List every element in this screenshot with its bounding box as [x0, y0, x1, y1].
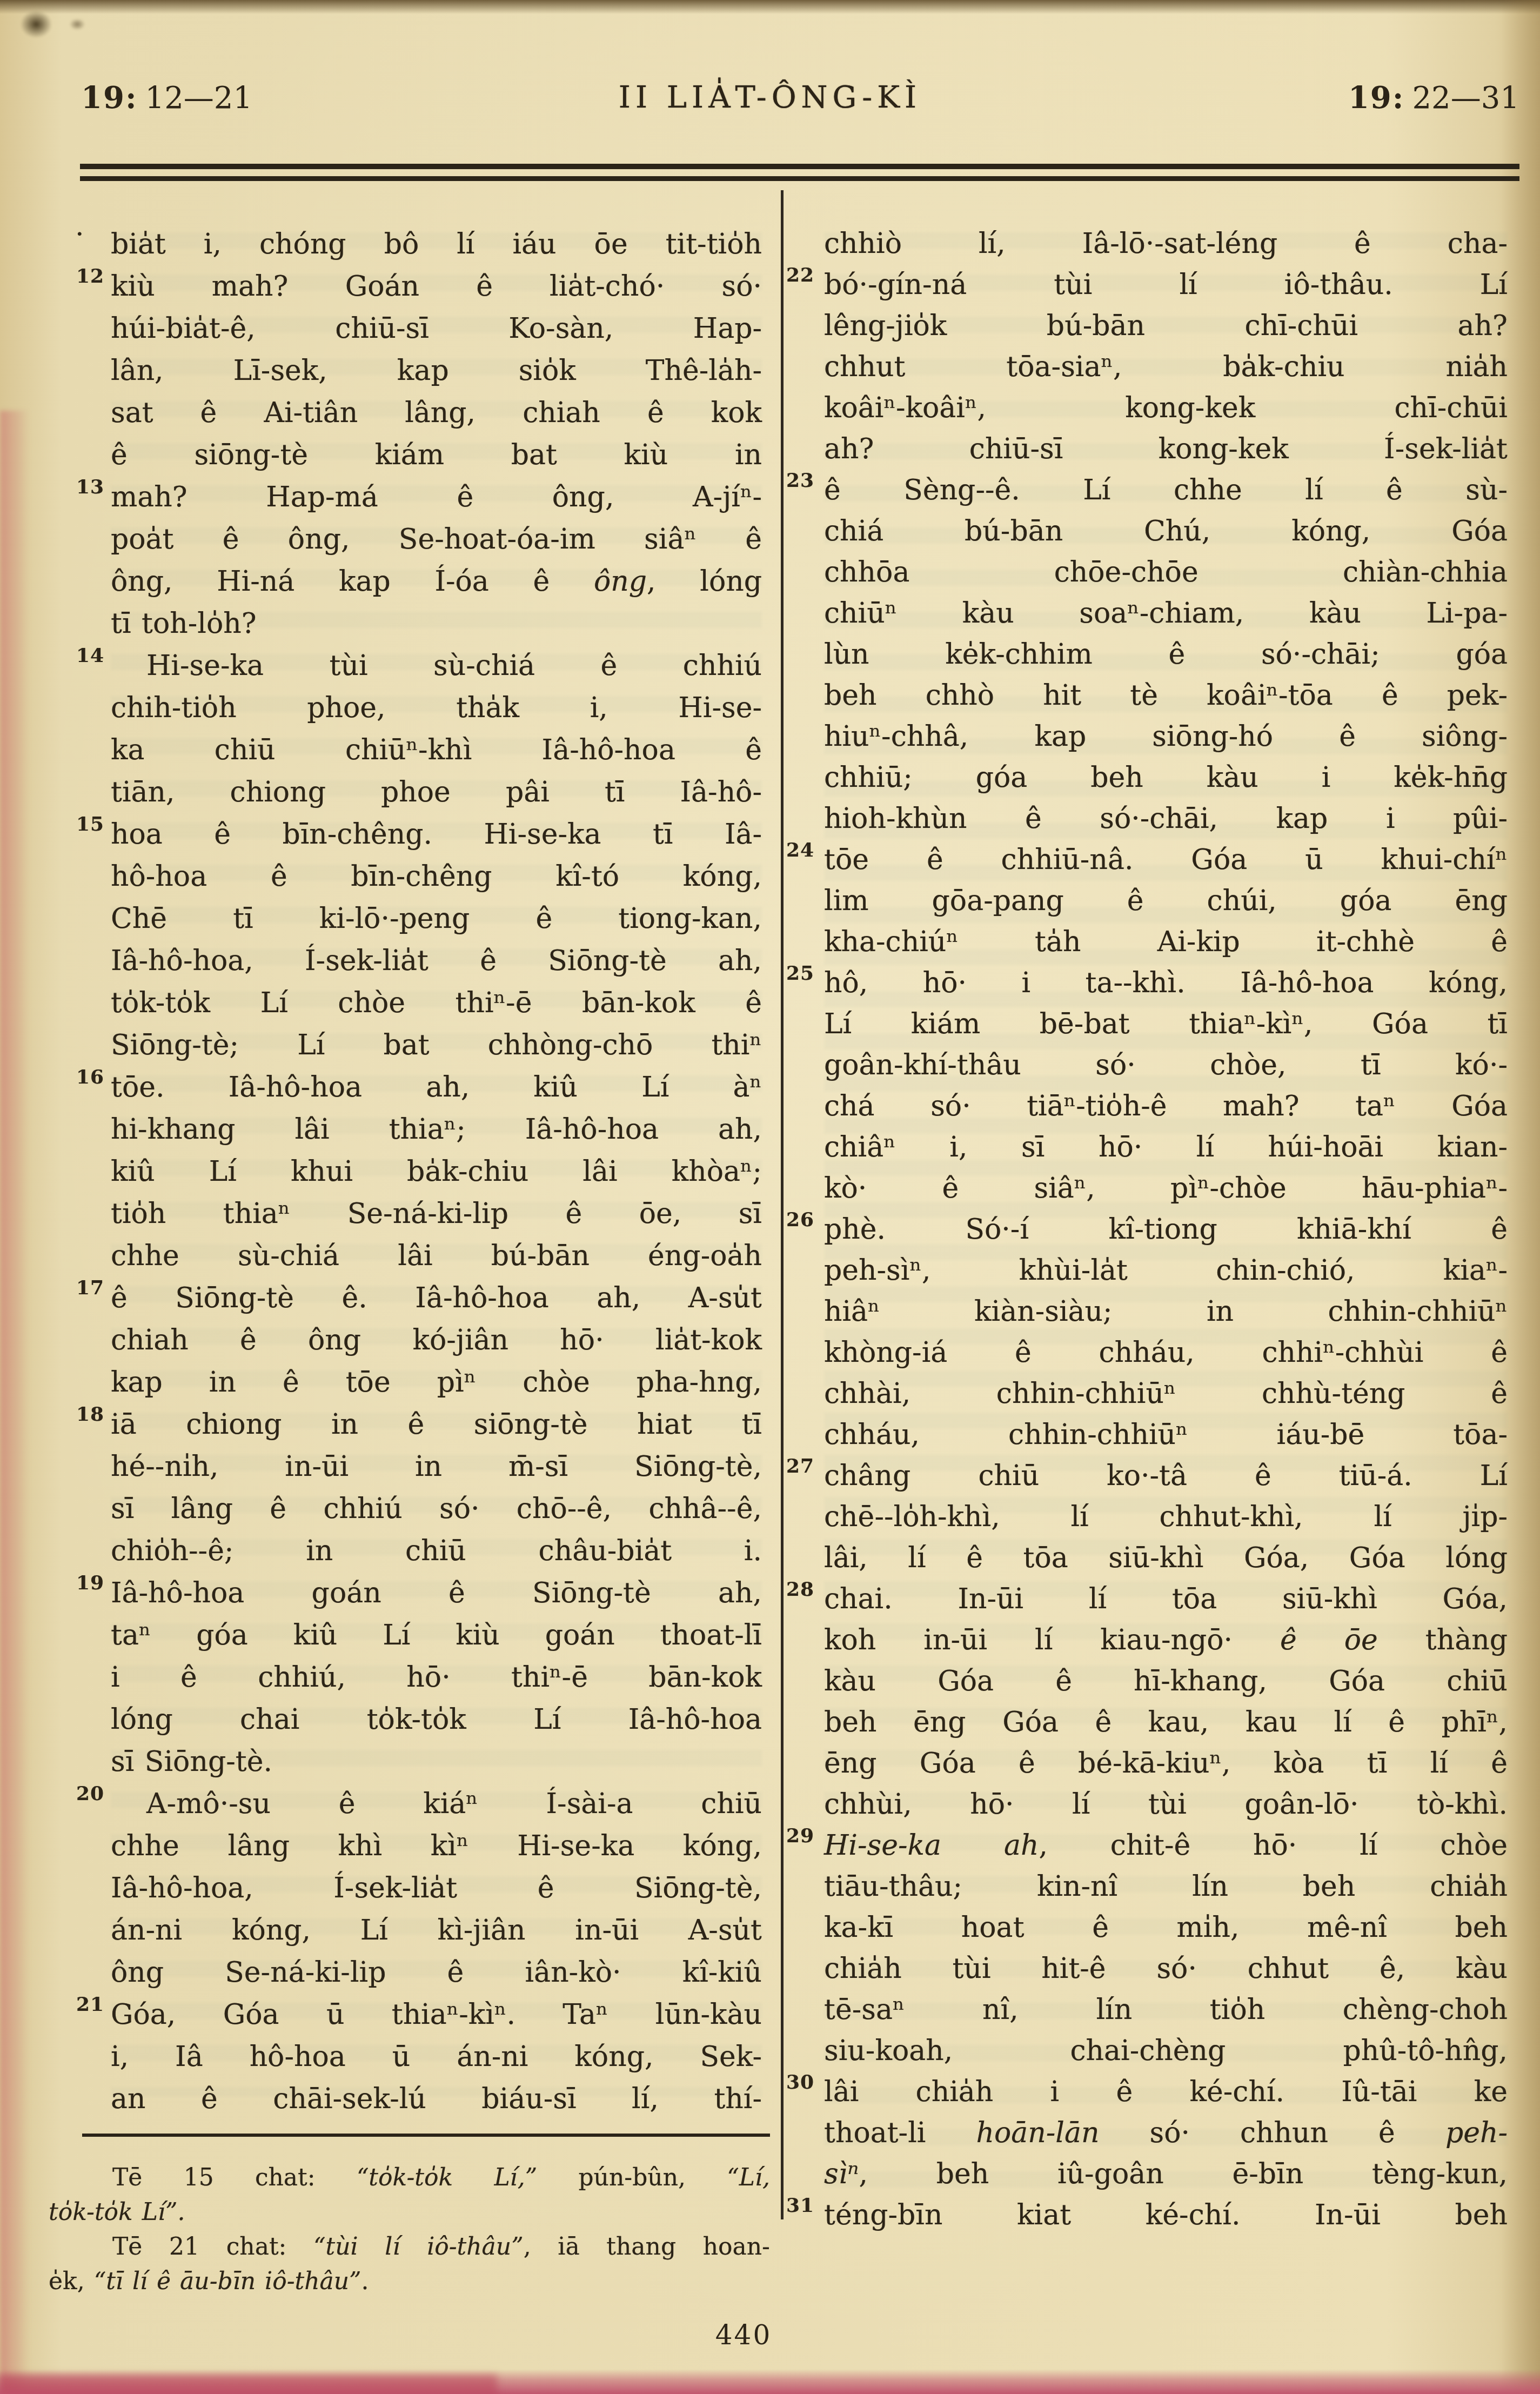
italic-text-segment: peh- [1445, 2117, 1508, 2149]
page-edge-left-dye [0, 411, 29, 2394]
text-segment: koh in-ūi lí kiau-ngō· [824, 1624, 1280, 1656]
text-segment: mah? Hap-má ê ông, A-jíⁿ- [111, 481, 762, 513]
text-line: hô-hoa ê bīn-chêng kî-tó kóng, [111, 855, 762, 898]
text-line: an ê chāi-sek-lú biáu-sī lí, thí- [111, 2078, 762, 2120]
text-line: 16tōe. Iâ-hô-hoa ah, kiû Lí àⁿ [111, 1066, 762, 1108]
chapter-number-right: 19: [1348, 80, 1405, 116]
text-segment: koâiⁿ-koâiⁿ, kong-kek chī-chūi [824, 392, 1508, 424]
italic-text-segment: “Lí, [727, 2164, 770, 2191]
text-segment: bia̍t i, chóng bô lí iáu ōe tit-tio̍h [111, 228, 762, 260]
text-segment: , lóng [647, 565, 762, 598]
text-segment: thàng [1378, 1624, 1508, 1656]
text-line: taⁿ góa kiû Lí kiù goán thoat-lī [111, 1614, 762, 1656]
text-line: peh-sìⁿ, khùi-la̍t chin-chió, kiaⁿ- [824, 1250, 1508, 1291]
text-line: chiá bú-bān Chú, kóng, Góa [824, 511, 1508, 552]
text-segment: châng chiū ko·-tâ ê tiū-á. Lí [824, 1460, 1508, 1492]
text-line: hioh-khùn ê só·-chāi, kap i pûi- [824, 798, 1508, 839]
text-segment: chiūⁿ kàu soaⁿ-chiam, kàu Li-pa- [824, 597, 1508, 630]
text-line: 30lâi chia̍h i ê ké-chí. Iû-tāi ke [824, 2071, 1508, 2112]
text-line: koh in-ūi lí kiau-ngō· ê ōe thàng [824, 1620, 1508, 1661]
text-segment: e̍k, [49, 2268, 94, 2295]
text-segment: Hi-se-ka tùi sù-chiá ê chhiú [146, 650, 762, 682]
text-segment: bó·-gín-ná tùi lí iô-thâu. Lí [824, 269, 1508, 301]
text-segment: tiān, chiong phoe pâi tī Iâ-hô- [111, 776, 762, 808]
text-segment: tē-saⁿ nî, lín tio̍h chèng-choh [824, 1994, 1508, 2026]
text-line: 23ê Sèng--ê. Lí chhe lí ê sù- [824, 470, 1508, 511]
text-segment: pún-bûn, [537, 2164, 727, 2191]
text-line: chia̍h tùi hit-ê só· chhut ê, kàu [824, 1948, 1508, 1989]
text-segment: ông, Hi-ná kap Í-óa ê [111, 565, 594, 598]
text-segment: tiāu-thâu; kin-nî lín beh chia̍h [824, 1870, 1508, 1903]
book-title: II LIA̍T-ÔNG-KÌ [0, 80, 1540, 115]
text-line: hi-khang lâi thiaⁿ; Iâ-hô-hoa ah, [111, 1108, 762, 1151]
text-segment: A-mô·-su ê kiáⁿ Í-sài-a chiū [146, 1788, 762, 1820]
text-line: tē-saⁿ nî, lín tio̍h chèng-choh [824, 1989, 1508, 2030]
text-segment: lùn ke̍k-chhim ê só·-chāi; góa [824, 638, 1508, 671]
italic-text-segment: hoān-lān [976, 2117, 1099, 2149]
text-segment: ēng Góa ê bé-kā-kiuⁿ, kòa tī lí ê [824, 1747, 1508, 1780]
text-line: chiūⁿ kàu soaⁿ-chiam, kàu Li-pa- [824, 593, 1508, 634]
text-segment: lâi, lí ê tōa siū-khì Góa, Góa lóng [824, 1542, 1508, 1574]
footnote-line: Tē 15 chat: “to̍k-to̍k Lí,” pún-bûn, “Lí… [49, 2161, 770, 2195]
text-line: 20A-mô·-su ê kiáⁿ Í-sài-a chiū [111, 1783, 762, 1825]
text-line: lêng-jio̍k bú-bān chī-chūi ah? [824, 305, 1508, 346]
verse-number: 27 [786, 1456, 814, 1476]
text-line: 28chai. In-ūi lí tōa siū-khì Góa, [824, 1579, 1508, 1620]
text-segment: poa̍t ê ông, Se-hoat-óa-im siâⁿ ê [111, 523, 762, 556]
text-segment: sī Siōng-tè. [111, 1746, 272, 1778]
text-line: chhài, chhin-chhiūⁿ chhù-téng ê [824, 1373, 1508, 1414]
text-segment: Iâ-hô-hoa goán ê Siōng-tè ah, [111, 1577, 762, 1609]
text-line: 17ê Siōng-tè ê. Iâ-hô-hoa ah, A-su̍t [111, 1277, 762, 1319]
text-segment: ê Siōng-tè ê. Iâ-hô-hoa ah, A-su̍t [111, 1282, 762, 1314]
text-line: chhōa chōe-chōe chiàn-chhia [824, 552, 1508, 593]
text-line: Lí kiám bē-bat thiaⁿ-kìⁿ, Góa tī [824, 1004, 1508, 1045]
text-line: ông Se-ná-ki-lip ê iân-kò· kî-kiû [111, 1951, 762, 1994]
verse-number: · [76, 224, 84, 244]
text-line: húi-bia̍t-ê, chiū-sī Ko-sàn, Hap- [111, 307, 762, 350]
text-segment: chih-tio̍h phoe, tha̍k i, Hi-se- [111, 692, 762, 724]
text-line: Siōng-tè; Lí bat chhòng-chō thiⁿ [111, 1024, 762, 1066]
verse-number: 28 [786, 1580, 814, 1599]
text-line: i, Iâ hô-hoa ū án-ni kóng, Sek- [111, 2036, 762, 2078]
footnotes: Tē 15 chat: “to̍k-to̍k Lí,” pún-bûn, “Lí… [49, 2161, 770, 2299]
verse-number: 25 [786, 964, 814, 983]
text-segment: chháu, chhin-chhiūⁿ iáu-bē tōa- [824, 1419, 1508, 1451]
text-line: ka chiū chiūⁿ-khì Iâ-hô-hoa ê [111, 729, 762, 771]
ink-blot-top-left-2 [69, 18, 85, 30]
text-line: to̍k-to̍k Lí chòe thiⁿ-ē bān-kok ê [111, 982, 762, 1024]
left-column: ·bia̍t i, chóng bô lí iáu ōe tit-tio̍h12… [111, 223, 762, 2120]
text-segment: án-ni kóng, Lí kì-jiân in-ūi A-su̍t [111, 1914, 762, 1947]
text-line: chiâⁿ i, sī hō· lí húi-hoāi kian- [824, 1127, 1508, 1168]
text-segment: i ê chhiú, hō· thiⁿ-ē bān-kok [111, 1661, 762, 1694]
text-line: sat ê Ai-tiân lâng, chiah ê kok [111, 392, 762, 434]
text-segment: húi-bia̍t-ê, chiū-sī Ko-sàn, Hap- [111, 312, 762, 345]
text-line: chio̍h--ê; in chiū châu-bia̍t i. [111, 1530, 762, 1572]
text-segment: chē--lo̍h-khì, lí chhut-khì, lí ji̍p- [824, 1501, 1508, 1533]
text-segment: chhùi, hō· lí tùi goân-lō· tò-khì. [824, 1788, 1508, 1821]
text-segment: kiû Lí khui ba̍k-chiu lâi khòaⁿ; [111, 1155, 762, 1188]
text-segment: peh-sìⁿ, khùi-la̍t chin-chió, kiaⁿ- [824, 1254, 1508, 1287]
text-segment: kàu Góa ê hī-khang, Góa chiū [824, 1665, 1508, 1697]
text-segment: lóng chai to̍k-to̍k Lí Iâ-hô-hoa [111, 1703, 762, 1736]
text-segment: tōe. Iâ-hô-hoa ah, kiû Lí àⁿ [111, 1071, 762, 1104]
verse-number: 16 [76, 1067, 104, 1087]
right-column: chhiò lí, Iâ-lō·-sat-léng ê cha-22bó·-gí… [824, 223, 1508, 2236]
text-segment: hoa ê bīn-chêng. Hi-se-ka tī Iâ- [111, 818, 762, 851]
text-segment: ê siōng-tè kiám bat kiù in [111, 439, 762, 471]
footnote-rule [82, 2134, 770, 2137]
italic-text-segment: ê ōe [1280, 1624, 1378, 1656]
verse-number: 30 [786, 2072, 814, 2092]
text-segment: tōe ê chhiū-nâ. Góa ū khui-chíⁿ [824, 844, 1508, 876]
text-line: chiah ê ông kó-jiân hō· lia̍t-kok [111, 1319, 762, 1361]
text-segment: hiâⁿ kiàn-siàu; in chhin-chhiūⁿ [824, 1295, 1508, 1328]
text-line: Iâ-hô-hoa, Í-sek-lia̍t ê Siōng-tè, [111, 1867, 762, 1909]
text-segment: Tē 21 chat: [112, 2233, 313, 2261]
header-double-rule-bottom [80, 176, 1519, 181]
text-line: 27châng chiū ko·-tâ ê tiū-á. Lí [824, 1455, 1508, 1496]
text-segment: hiuⁿ-chhâ, kap siōng-hó ê siông- [824, 720, 1508, 753]
page-edge-bottom-dye-left [0, 2375, 497, 2394]
text-segment: Siōng-tè; Lí bat chhòng-chō thiⁿ [111, 1029, 762, 1061]
text-line: beh ēng Góa ê kau, kau lí ê phīⁿ, [824, 1702, 1508, 1743]
text-line: chá só· tiāⁿ-tio̍h-ê mah? taⁿ Góa [824, 1086, 1508, 1127]
text-segment: khòng-iá ê chháu, chhiⁿ-chhùi ê [824, 1336, 1508, 1369]
text-segment: ah? chiū-sī kong-kek Í-sek-lia̍t [824, 433, 1508, 465]
text-segment: beh ēng Góa ê kau, kau lí ê phīⁿ, [824, 1706, 1508, 1738]
text-line: chhe sù-chiá lâi bú-bān éng-oa̍h [111, 1235, 762, 1277]
text-line: tio̍h thiaⁿ Se-ná-ki-lip ê ōe, sī [111, 1193, 762, 1235]
text-line: goân-khí-thâu só· chòe, tī kó·- [824, 1045, 1508, 1086]
text-segment: phè. Só·-í kî-tiong khiā-khí ê [824, 1213, 1508, 1246]
text-line: chháu, chhin-chhiūⁿ iáu-bē tōa- [824, 1414, 1508, 1455]
text-segment: tī toh-lo̍h? [111, 607, 257, 640]
text-line: 26phè. Só·-í kî-tiong khiā-khí ê [824, 1209, 1508, 1250]
verse-number: 26 [786, 1210, 814, 1229]
text-line: chhiò lí, Iâ-lō·-sat-léng ê cha- [824, 223, 1508, 264]
text-segment: Iâ-hô-hoa, Í-sek-lia̍t ê Siōng-tè ah, [111, 945, 762, 977]
text-segment: chhe sù-chiá lâi bú-bān éng-oa̍h [111, 1240, 762, 1272]
verse-number: 19 [76, 1573, 104, 1593]
text-line: poa̍t ê ông, Se-hoat-óa-im siâⁿ ê [111, 518, 762, 560]
text-line: chhe lâng khì kìⁿ Hi-se-ka kóng, [111, 1825, 762, 1867]
text-line: 13mah? Hap-má ê ông, A-jíⁿ- [111, 476, 762, 518]
header-double-rule-top [80, 164, 1519, 169]
text-segment: sī lâng ê chhiú só· chō--ê, chhâ--ê, [111, 1493, 762, 1525]
italic-text-segment: ông [594, 565, 647, 598]
text-line: chhùi, hō· lí tùi goân-lō· tò-khì. [824, 1784, 1508, 1825]
text-segment: chiâⁿ i, sī hō· lí húi-hoāi kian- [824, 1131, 1508, 1163]
text-segment: chhōa chōe-chōe chiàn-chhia [824, 556, 1508, 589]
text-line: kap in ê tōe pìⁿ chòe pha-hng, [111, 1361, 762, 1403]
text-line: ēng Góa ê bé-kā-kiuⁿ, kòa tī lí ê [824, 1743, 1508, 1784]
text-line: sī lâng ê chhiú só· chō--ê, chhâ--ê, [111, 1488, 762, 1530]
italic-text-segment: “tùi lí iô-thâu” [313, 2233, 524, 2261]
text-segment: kiù mah? Goán ê lia̍t-chó· só· [111, 270, 762, 303]
text-line: 31téng-bīn kiat ké-chí. In-ūi beh [824, 2195, 1508, 2236]
text-segment: kap in ê tōe pìⁿ chòe pha-hng, [111, 1366, 762, 1399]
text-line: sī Siōng-tè. [111, 1741, 762, 1783]
text-segment: . [361, 2268, 369, 2295]
text-line: lóng chai to̍k-to̍k Lí Iâ-hô-hoa [111, 1698, 762, 1741]
text-line: 12kiù mah? Goán ê lia̍t-chó· só· [111, 265, 762, 307]
page-number: 440 [700, 2319, 787, 2351]
text-line: 22bó·-gín-ná tùi lí iô-thâu. Lí [824, 264, 1508, 305]
footnote-line: Tē 21 chat: “tùi lí iô-thâu”, iā thang h… [49, 2230, 770, 2264]
text-line: 29Hi-se-ka ah, chit-ê hō· lí chòe [824, 1825, 1508, 1866]
verse-number: 31 [786, 2196, 814, 2215]
italic-text-segment: Hi-se-ka ah [824, 1829, 1039, 1862]
text-segment: Góa, Góa ū thiaⁿ-kìⁿ. Taⁿ lūn-kàu [111, 1998, 762, 2031]
text-segment: téng-bīn kiat ké-chí. In-ūi beh [824, 2199, 1508, 2231]
text-segment: ông Se-ná-ki-lip ê iân-kò· kî-kiû [111, 1956, 762, 1989]
text-segment: hô-hoa ê bīn-chêng kî-tó kóng, [111, 860, 762, 893]
text-segment: goân-khí-thâu só· chòe, tī kó·- [824, 1049, 1508, 1081]
text-segment: lân, Lī-sek, kap sio̍k Thê-la̍h- [111, 355, 762, 387]
text-segment: kha-chiúⁿ ta̍h Ai-kip it-chhè ê [824, 926, 1508, 958]
text-line: kiû Lí khui ba̍k-chiu lâi khòaⁿ; [111, 1151, 762, 1193]
text-segment: chhiò lí, Iâ-lō·-sat-léng ê cha- [824, 228, 1508, 260]
scanned-bible-page: { "header": { "left_num": "19:", "left_r… [0, 0, 1540, 2394]
text-line: tī toh-lo̍h? [111, 603, 762, 645]
column-divider-rule [781, 190, 784, 2219]
text-line: 19Iâ-hô-hoa goán ê Siōng-tè ah, [111, 1572, 762, 1614]
running-head-right: 19:22—31 [1348, 80, 1519, 116]
verse-number: 12 [76, 266, 104, 286]
text-segment: i, Iâ hô-hoa ū án-ni kóng, Sek- [111, 2041, 762, 2073]
text-segment: Lí kiám bē-bat thiaⁿ-kìⁿ, Góa tī [824, 1008, 1508, 1040]
verse-number: 17 [76, 1278, 104, 1298]
text-line: 24tōe ê chhiū-nâ. Góa ū khui-chíⁿ [824, 839, 1508, 880]
verse-number: 18 [76, 1405, 104, 1424]
italic-text-segment: to̍k-to̍k Lí”. [49, 2198, 185, 2226]
text-line: hiâⁿ kiàn-siàu; in chhin-chhiūⁿ [824, 1291, 1508, 1332]
text-line: thoat-li hoān-lān só· chhun ê peh- [824, 2112, 1508, 2154]
text-segment: hô, hō· i ta--khì. Iâ-hô-hoa kóng, [824, 967, 1508, 999]
text-line: hé--ni̍h, in-ūi in m̄-sī Siōng-tè, [111, 1446, 762, 1488]
text-segment: Tē 15 chat: [112, 2164, 357, 2191]
italic-text-segment: sìⁿ [824, 2158, 859, 2190]
italic-text-segment: “to̍k-to̍k Lí,” [357, 2164, 537, 2191]
verse-number: 14 [76, 646, 104, 665]
text-segment: siu-koah, chai-chèng phû-tô-hn̂g, [824, 2035, 1508, 2067]
text-line: siu-koah, chai-chèng phû-tô-hn̂g, [824, 2030, 1508, 2071]
text-line: hiuⁿ-chhâ, kap siōng-hó ê siông- [824, 716, 1508, 757]
text-line: ông, Hi-ná kap Í-óa ê ông, lóng [111, 560, 762, 603]
text-segment: só· chhun ê [1099, 2117, 1445, 2149]
text-segment: tio̍h thiaⁿ Se-ná-ki-lip ê ōe, sī [111, 1198, 762, 1230]
verse-number: 29 [786, 1826, 814, 1845]
text-line: kha-chiúⁿ ta̍h Ai-kip it-chhè ê [824, 921, 1508, 962]
text-line: tiāu-thâu; kin-nî lín beh chia̍h [824, 1866, 1508, 1907]
text-segment: chiah ê ông kó-jiân hō· lia̍t-kok [111, 1324, 762, 1356]
text-line: 25hô, hō· i ta--khì. Iâ-hô-hoa kóng, [824, 962, 1508, 1004]
verse-number: 20 [76, 1784, 104, 1803]
text-segment: an ê chāi-sek-lú biáu-sī lí, thí- [111, 2083, 762, 2115]
verse-number: 21 [76, 1995, 104, 2014]
text-line: chhiū; góa beh kàu i ke̍k-hn̄g [824, 757, 1508, 798]
verse-number: 23 [786, 471, 814, 490]
footnote-line: to̍k-to̍k Lí”. [49, 2195, 770, 2230]
text-segment: hi-khang lâi thiaⁿ; Iâ-hô-hoa ah, [111, 1113, 762, 1146]
text-line: án-ni kóng, Lí kì-jiân in-ūi A-su̍t [111, 1909, 762, 1951]
text-line: 18iā chiong in ê siōng-tè hiat tī [111, 1403, 762, 1446]
verse-number: 24 [786, 840, 814, 860]
text-segment: lâi chia̍h i ê ké-chí. Iû-tāi ke [824, 2076, 1508, 2108]
text-line: chih-tio̍h phoe, tha̍k i, Hi-se- [111, 687, 762, 729]
text-segment: chhe lâng khì kìⁿ Hi-se-ka kóng, [111, 1830, 762, 1862]
text-segment: beh chhò hit tè koâiⁿ-tōa ê pek- [824, 679, 1508, 712]
text-segment: , beh iû-goân ē-bīn tèng-kun, [859, 2158, 1508, 2190]
text-segment: chiá bú-bān Chú, kóng, Góa [824, 515, 1508, 547]
text-line: ah? chiū-sī kong-kek Í-sek-lia̍t [824, 429, 1508, 470]
text-segment: kò· ê siâⁿ, pìⁿ-chòe hāu-phiaⁿ- [824, 1172, 1508, 1205]
text-line: kàu Góa ê hī-khang, Góa chiū [824, 1661, 1508, 1702]
text-segment: to̍k-to̍k Lí chòe thiⁿ-ē bān-kok ê [111, 987, 762, 1019]
text-line: tiān, chiong phoe pâi tī Iâ-hô- [111, 771, 762, 813]
text-line: 14Hi-se-ka tùi sù-chiá ê chhiú [111, 645, 762, 687]
text-segment: chá só· tiāⁿ-tio̍h-ê mah? taⁿ Góa [824, 1090, 1508, 1122]
text-line: kò· ê siâⁿ, pìⁿ-chòe hāu-phiaⁿ- [824, 1168, 1508, 1209]
text-segment: lêng-jio̍k bú-bān chī-chūi ah? [824, 310, 1508, 342]
ink-blot-top-left [21, 11, 52, 38]
text-line: koâiⁿ-koâiⁿ, kong-kek chī-chūi [824, 387, 1508, 429]
text-line: khòng-iá ê chháu, chhiⁿ-chhùi ê [824, 1332, 1508, 1373]
text-segment: ka chiū chiūⁿ-khì Iâ-hô-hoa ê [111, 734, 762, 766]
verse-number: 15 [76, 814, 104, 834]
text-segment: chai. In-ūi lí tōa siū-khì Góa, [824, 1583, 1508, 1615]
text-segment: chhài, chhin-chhiūⁿ chhù-téng ê [824, 1377, 1508, 1410]
text-line: lân, Lī-sek, kap sio̍k Thê-la̍h- [111, 350, 762, 392]
text-segment: sat ê Ai-tiân lâng, chiah ê kok [111, 397, 762, 429]
text-segment: , iā thang hoan- [524, 2233, 770, 2261]
text-line: beh chhò hit tè koâiⁿ-tōa ê pek- [824, 675, 1508, 716]
text-line: Chē tī ki-lō·-peng ê tiong-kan, [111, 898, 762, 940]
text-line: lim gōa-pang ê chúi, góa ēng [824, 880, 1508, 921]
text-line: sìⁿ, beh iû-goân ē-bīn tèng-kun, [824, 2154, 1508, 2195]
text-segment: hioh-khùn ê só·-chāi, kap i pûi- [824, 803, 1508, 835]
text-segment: , chit-ê hō· lí chòe [1039, 1829, 1508, 1862]
text-segment: ê Sèng--ê. Lí chhe lí ê sù- [824, 474, 1508, 506]
text-line: lâi, lí ê tōa siū-khì Góa, Góa lóng [824, 1537, 1508, 1579]
page-edge-top [0, 0, 1540, 14]
text-segment: hé--ni̍h, in-ūi in m̄-sī Siōng-tè, [111, 1450, 762, 1483]
text-segment: Chē tī ki-lō·-peng ê tiong-kan, [111, 902, 762, 935]
text-line: 21Góa, Góa ū thiaⁿ-kìⁿ. Taⁿ lūn-kàu [111, 1994, 762, 2036]
text-segment: chhut tōa-siaⁿ, ba̍k-chiu nia̍h [824, 351, 1508, 383]
text-line: chhut tōa-siaⁿ, ba̍k-chiu nia̍h [824, 346, 1508, 387]
text-segment: chio̍h--ê; in chiū châu-bia̍t i. [111, 1535, 762, 1567]
verse-number: 13 [76, 477, 104, 497]
verse-number: 22 [786, 265, 814, 285]
footnote-line: e̍k, “tī lí ê āu-bīn iô-thâu”. [49, 2264, 770, 2299]
text-segment: thoat-li [824, 2117, 976, 2149]
text-segment: taⁿ góa kiû Lí kiù goán thoat-lī [111, 1619, 762, 1651]
text-segment: chhiū; góa beh kàu i ke̍k-hn̄g [824, 761, 1508, 794]
text-segment: iā chiong in ê siōng-tè hiat tī [111, 1408, 762, 1441]
text-segment: ka-kī hoat ê mi̍h, mê-nî beh [824, 1911, 1508, 1944]
text-line: ka-kī hoat ê mi̍h, mê-nî beh [824, 1907, 1508, 1948]
text-segment: chia̍h tùi hit-ê só· chhut ê, kàu [824, 1952, 1508, 1985]
text-line: 15hoa ê bīn-chêng. Hi-se-ka tī Iâ- [111, 813, 762, 855]
text-line: ·bia̍t i, chóng bô lí iáu ōe tit-tio̍h [111, 223, 762, 265]
verse-range-right: 22—31 [1412, 81, 1519, 116]
text-line: ê siōng-tè kiám bat kiù in [111, 434, 762, 476]
text-line: lùn ke̍k-chhim ê só·-chāi; góa [824, 634, 1508, 675]
text-line: i ê chhiú, hō· thiⁿ-ē bān-kok [111, 1656, 762, 1698]
text-line: Iâ-hô-hoa, Í-sek-lia̍t ê Siōng-tè ah, [111, 940, 762, 982]
italic-text-segment: “tī lí ê āu-bīn iô-thâu” [94, 2268, 361, 2295]
text-segment: Iâ-hô-hoa, Í-sek-lia̍t ê Siōng-tè, [111, 1872, 762, 1904]
text-line: chē--lo̍h-khì, lí chhut-khì, lí ji̍p- [824, 1496, 1508, 1537]
text-segment: lim gōa-pang ê chúi, góa ēng [824, 885, 1508, 917]
